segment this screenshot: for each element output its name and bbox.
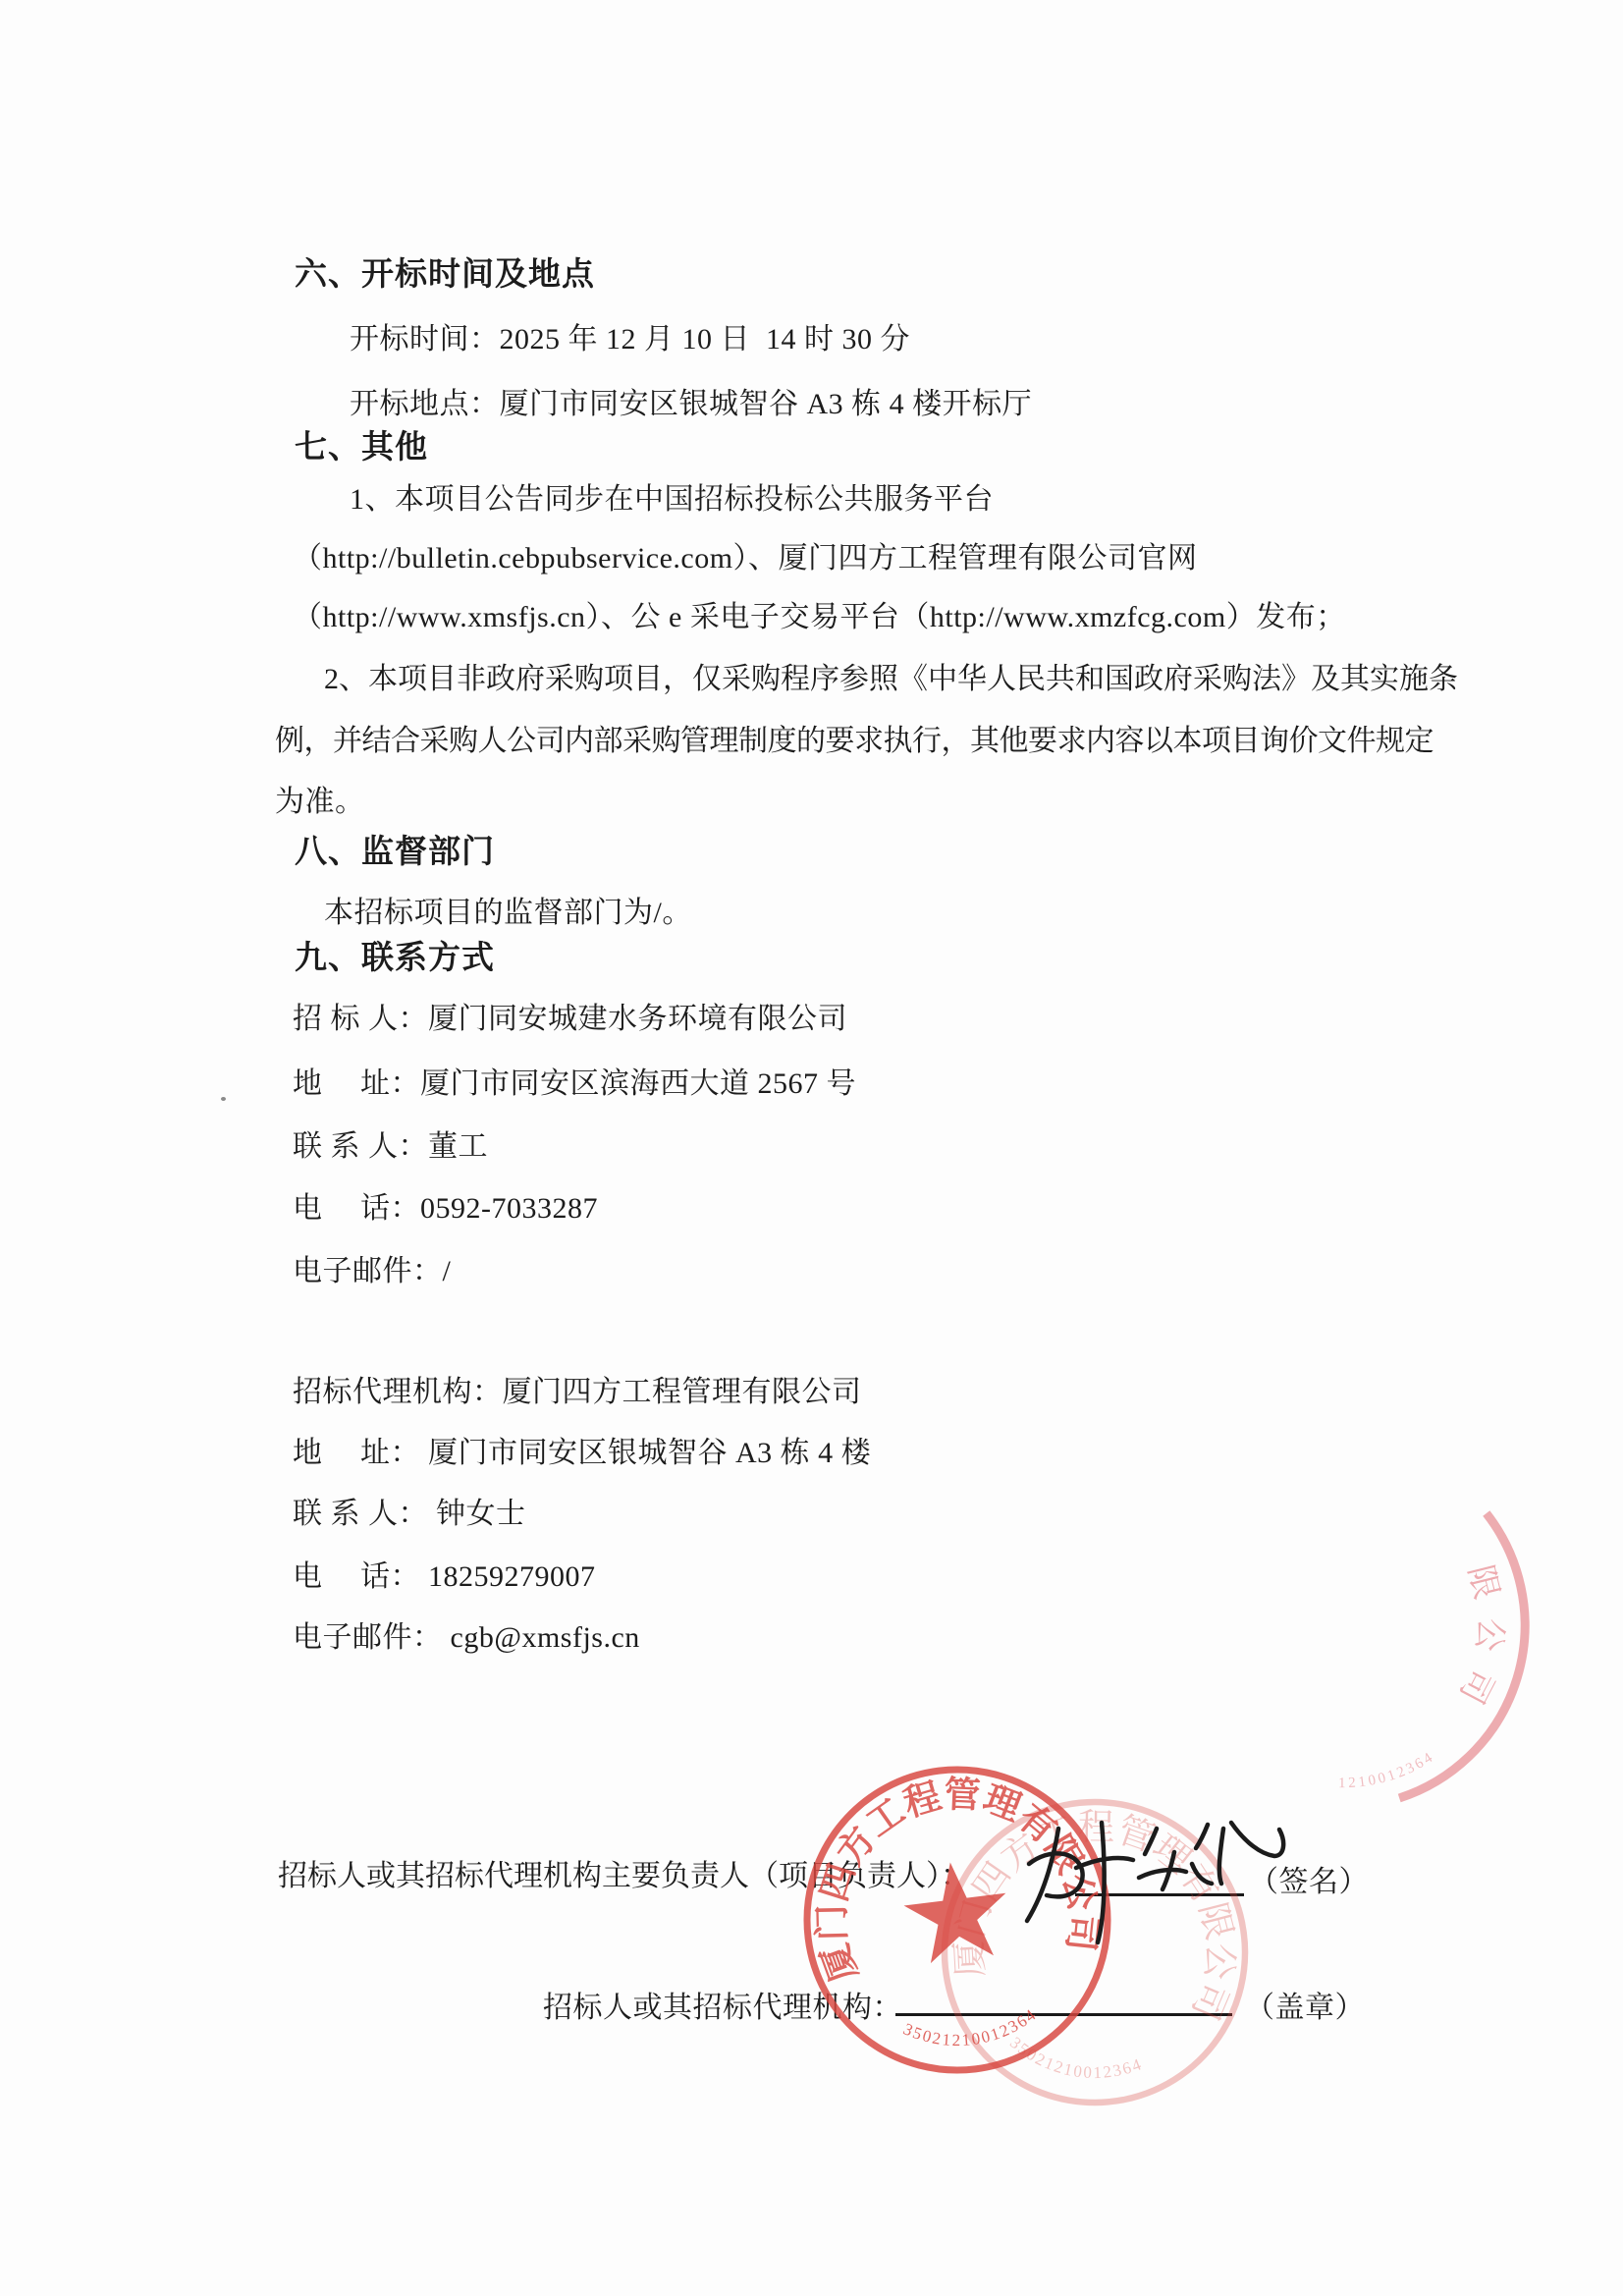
section7-item2-line2: 例，并结合采购人公司内部采购管理制度的要求执行，其他要求内容以本项目询价文件规定 — [275, 724, 1434, 759]
agency-email-label: 电子邮件： — [293, 1621, 443, 1654]
tenderer-contact-value: 董工 — [428, 1130, 488, 1163]
tenderer-name-value: 厦门同安城建水务环境有限公司 — [428, 1003, 847, 1035]
agency-name-row: 招标代理机构：厦门四方工程管理有限公司 — [293, 1375, 862, 1410]
agency-name-value: 厦门四方工程管理有限公司 — [503, 1376, 862, 1408]
svg-text:35021210012364: 35021210012364 — [898, 2003, 1043, 2057]
svg-text:限公司: 限公司 — [1445, 1561, 1509, 1722]
agency-address-row: 地 址： 厦门市同安区银城智谷 A3 栋 4 楼 — [293, 1436, 871, 1471]
tenderer-address-row: 地 址：厦门市同安区滨海西大道 2567 号 — [293, 1066, 856, 1102]
agency-phone-row: 电 话： 18259279007 — [293, 1559, 596, 1595]
agency-phone-label: 电 话： — [293, 1560, 420, 1593]
section7-heading: 七、其他 — [295, 430, 428, 465]
tenderer-email-label: 电子邮件： — [293, 1255, 443, 1287]
handwritten-signature — [1027, 1823, 1283, 1942]
company-seal: 厦门四方工程管理有限公司 35021210012364 — [789, 1752, 1124, 2087]
edge-seal-chars: 限公司 — [1445, 1561, 1509, 1722]
agency-address-label: 地 址： — [293, 1437, 420, 1469]
tenderer-name-label: 招 标 人： — [293, 1003, 428, 1035]
tenderer-contact-label: 联 系 人： — [293, 1130, 428, 1163]
section7-item1-line3: （http://www.xmsfjs.cn）、公 e 采电子交易平台（http:… — [293, 600, 1346, 635]
section6-heading: 六、开标时间及地点 — [295, 257, 595, 293]
principal-signature-line — [1075, 1893, 1244, 1896]
edge-seal-code: 1210012364 — [1338, 1749, 1437, 1791]
org-seal-line — [895, 2013, 1232, 2016]
principal-signature-label: 招标人或其招标代理机构主要负责人（项目负责人）： — [278, 1859, 970, 1894]
section7-item1-line1: 1、本项目公告同步在中国招标投标公共服务平台 — [350, 482, 994, 518]
tenderer-name-row: 招 标 人：厦门同安城建水务环境有限公司 — [293, 1002, 847, 1037]
section7-item1-line2: （http://bulletin.cebpubservice.com）、厦门四方… — [293, 541, 1198, 576]
section9-heading: 九、联系方式 — [295, 941, 495, 976]
bid-opening-time: 开标时间：2025 年 12 月 10 日 14 时 30 分 — [350, 322, 910, 357]
org-seal-suffix: （盖章） — [1245, 1991, 1365, 2026]
tenderer-email-value: / — [443, 1255, 452, 1287]
company-seal-code: 35021210012364 — [898, 2003, 1043, 2057]
svg-text:35021210012364: 35021210012364 — [1002, 2032, 1148, 2093]
svg-text:厦门四方工程管理有限公司: 厦门四方工程管理有限公司 — [942, 1782, 1263, 2027]
tenderer-email-row: 电子邮件：/ — [293, 1254, 451, 1289]
agency-email-row: 电子邮件： cgb@xmsfjs.cn — [293, 1620, 640, 1656]
agency-contact-value: 钟女士 — [428, 1498, 526, 1530]
section7-item2-line1: 2、本项目非政府采购项目，仅采购程序参照《中华人民共和国政府采购法》及其实施条 — [324, 662, 1458, 697]
tenderer-phone-value: 0592-7033287 — [420, 1192, 598, 1225]
tenderer-address-label: 地 址： — [293, 1067, 420, 1100]
scan-artifact-dot — [221, 1097, 226, 1101]
section7-item2-line3: 为准。 — [275, 785, 365, 820]
edge-seal: 限公司 1210012364 — [1338, 1513, 1525, 1798]
principal-signature-suffix: （签名） — [1249, 1865, 1369, 1900]
agency-name-label: 招标代理机构： — [293, 1376, 503, 1408]
org-seal-label: 招标人或其招标代理机构： — [543, 1991, 902, 2026]
company-seal-ghost: 厦门四方工程管理有限公司 35021210012364 — [921, 1778, 1269, 2126]
tenderer-address-value: 厦门市同安区滨海西大道 2567 号 — [420, 1067, 856, 1100]
section8-body: 本招标项目的监督部门为/。 — [324, 896, 692, 931]
tenderer-phone-row: 电 话：0592-7033287 — [293, 1191, 598, 1227]
scanned-document-page: 六、开标时间及地点 开标时间：2025 年 12 月 10 日 14 时 30 … — [0, 0, 1623, 2296]
svg-text:1210012364: 1210012364 — [1338, 1749, 1437, 1791]
tenderer-contact-row: 联 系 人：董工 — [293, 1129, 488, 1165]
agency-phone-value: 18259279007 — [420, 1560, 596, 1593]
agency-email-value: cgb@xmsfjs.cn — [443, 1621, 640, 1654]
agency-contact-row: 联 系 人： 钟女士 — [293, 1497, 526, 1532]
company-seal-ghost-name: 厦门四方工程管理有限公司 — [942, 1782, 1263, 2027]
agency-address-value: 厦门市同安区银城智谷 A3 栋 4 楼 — [420, 1437, 871, 1469]
company-seal-ghost-code: 35021210012364 — [1002, 2032, 1148, 2093]
tenderer-phone-label: 电 话： — [293, 1192, 420, 1225]
bid-opening-place: 开标地点：厦门市同安区银城智谷 A3 栋 4 楼开标厅 — [350, 387, 1032, 422]
section8-heading: 八、监督部门 — [295, 835, 495, 870]
agency-contact-label: 联 系 人： — [293, 1498, 428, 1530]
